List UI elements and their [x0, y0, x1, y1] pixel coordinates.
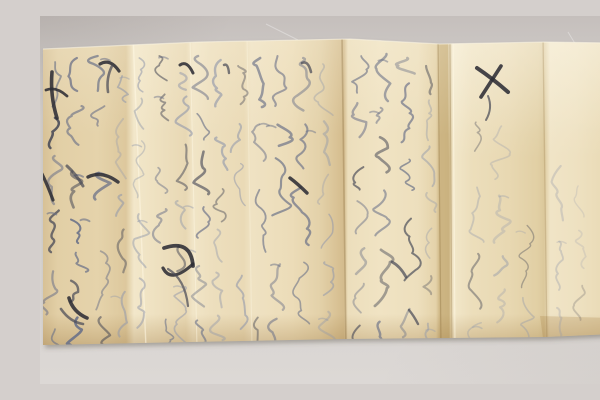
photo-of-folded-letter: Photograph of an accordion-folded handwr… [40, 16, 600, 384]
letter-photo-svg [40, 16, 600, 384]
folded-letter-paper [40, 16, 600, 384]
bottom-right-fold-flap [540, 316, 600, 338]
